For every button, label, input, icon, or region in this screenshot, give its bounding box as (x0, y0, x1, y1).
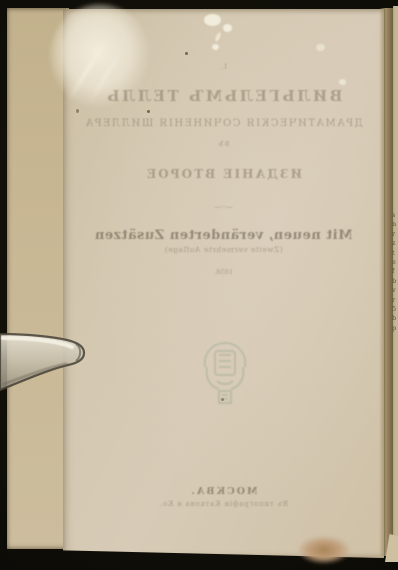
publisher-emblem-bleedthrough (195, 337, 255, 409)
dark-speck (185, 52, 188, 55)
white-spot (204, 14, 221, 26)
white-spot (316, 44, 325, 51)
dark-speck (147, 110, 150, 113)
brown-stain (298, 536, 350, 564)
book-scan: s n r z t e f b v r 5 b p І. ВИЛЬГЕЛЬМЪ … (0, 0, 398, 570)
bleedthrough-publisher-fraktur: Mit neuen, veränderten Zusätzen (63, 228, 384, 243)
bleedthrough-imprint-city: МОСКВА. (63, 486, 384, 497)
bleedthrough-divider: —··— (63, 203, 384, 211)
flyleaf-strip (7, 8, 69, 549)
bleedthrough-title-main: ВИЛЬГЕЛЬМЪ ТЕЛЛЬ (63, 87, 384, 105)
glass-clip (0, 324, 92, 398)
dark-speck (76, 109, 79, 113)
bleedthrough-part: ВЪ (63, 140, 384, 148)
bleedthrough-year: 1858. (63, 268, 384, 276)
bleedthrough-title-sub: ДРАМАТИЧЕСКІЯ СОЧИНЕНІЯ ШИЛЛЕРА (63, 118, 384, 129)
facing-page-edge-text: s n r z t e f b v r 5 b p (392, 211, 398, 333)
bleedthrough-series-numeral: І. (63, 63, 384, 71)
bleedthrough-edition: ИЗДАНІЕ ВТОРОЕ (63, 167, 384, 181)
bleedthrough-imprint-press: Въ типографіи Каткова и Ко. (63, 500, 384, 508)
white-spot (223, 24, 232, 32)
white-spot (339, 79, 346, 85)
white-spot (212, 44, 219, 50)
bleedthrough-publisher-sub: (Zweite vermehrte Auflage) (63, 245, 384, 254)
